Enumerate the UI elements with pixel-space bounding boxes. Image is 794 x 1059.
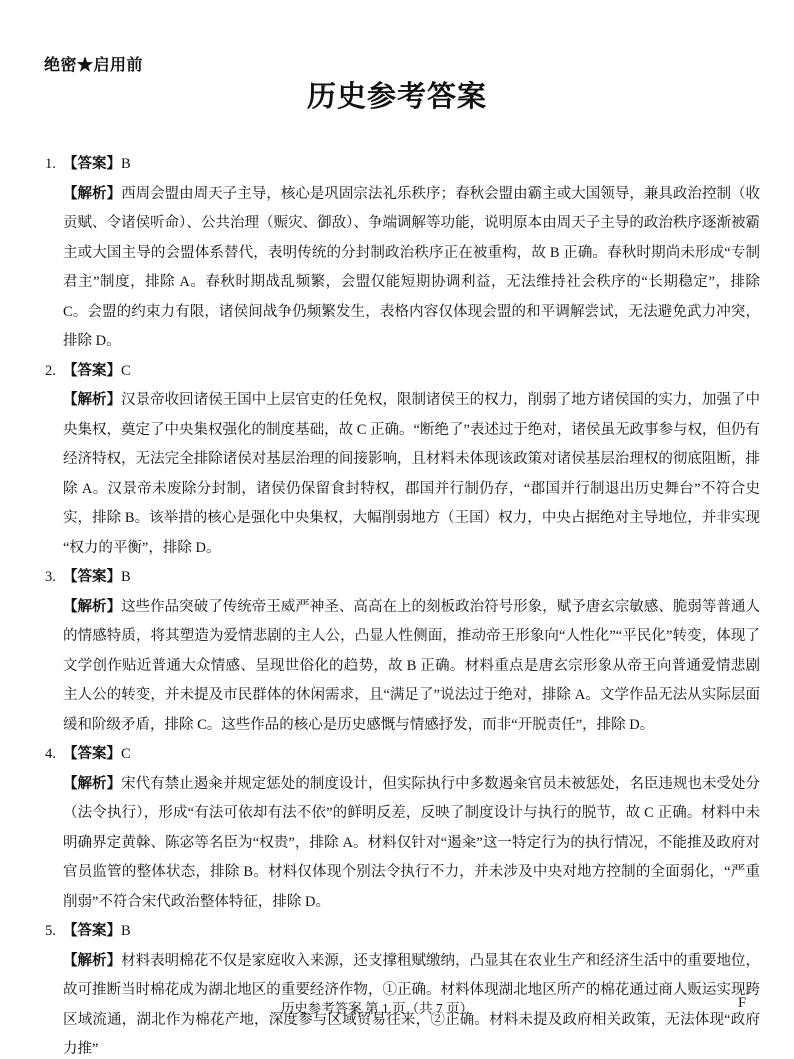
answer-label: 【答案】 bbox=[63, 746, 121, 762]
analysis-paragraph: 【解析】汉景帝收回诸侯王国中上层官吏的任免权，限制诸侯王的权力，削弱了地方诸侯国… bbox=[63, 386, 760, 563]
analysis-label: 【解析】 bbox=[63, 776, 121, 792]
answer-label: 【答案】 bbox=[63, 923, 121, 939]
answer-label: 【答案】 bbox=[63, 569, 121, 585]
answer-value: C bbox=[121, 363, 131, 379]
answer-label: 【答案】 bbox=[63, 363, 121, 379]
answer-value: B bbox=[121, 923, 131, 939]
analysis-label: 【解析】 bbox=[63, 953, 121, 969]
page-marker: F bbox=[738, 995, 746, 1012]
analysis-text: 西周会盟由周天子主导，核心是巩固宗法礼乐秩序；春秋会盟由霸主或大国领导，兼具政治… bbox=[63, 186, 760, 350]
answer-line: 【答案】C bbox=[63, 740, 760, 770]
analysis-text: 汉景帝收回诸侯王国中上层官吏的任免权，限制诸侯王的权力，削弱了地方诸侯国的实力，… bbox=[63, 392, 760, 556]
answer-value: C bbox=[121, 746, 131, 762]
answer-item-3: 3. 【答案】B 【解析】这些作品突破了传统帝王威严神圣、高高在上的刻板政治符号… bbox=[45, 563, 760, 740]
answer-line: 【答案】B bbox=[63, 150, 760, 180]
answer-item-4: 4. 【答案】C 【解析】宋代有禁止遏籴并规定惩处的制度设计，但实际执行中多数遏… bbox=[45, 740, 760, 917]
answer-value: B bbox=[121, 569, 131, 585]
question-number: 1. bbox=[45, 150, 56, 180]
page-title: 历史参考答案 bbox=[0, 74, 794, 115]
page-footer: 历史参考答案 第 1 页（共 7 页） bbox=[0, 997, 754, 1017]
analysis-text: 宋代有禁止遏籴并规定惩处的制度设计，但实际执行中多数遏籴官员未被惩处，名臣违规也… bbox=[63, 776, 760, 910]
analysis-label: 【解析】 bbox=[63, 186, 121, 202]
analysis-label: 【解析】 bbox=[63, 392, 121, 408]
answer-item-5: 5. 【答案】B 【解析】材料表明棉花不仅是家庭收入来源，还支撑租赋缴纳，凸显其… bbox=[45, 917, 760, 1059]
answer-line: 【答案】B bbox=[63, 563, 760, 593]
analysis-label: 【解析】 bbox=[63, 599, 121, 615]
answer-line: 【答案】B bbox=[63, 917, 760, 947]
question-number: 3. bbox=[45, 563, 56, 593]
analysis-paragraph: 【解析】宋代有禁止遏籴并规定惩处的制度设计，但实际执行中多数遏籴官员未被惩处，名… bbox=[63, 770, 760, 918]
analysis-text: 这些作品突破了传统帝王威严神圣、高高在上的刻板政治符号形象，赋予唐玄宗敏感、脆弱… bbox=[63, 599, 760, 733]
security-notice: 绝密★启用前 bbox=[44, 52, 143, 75]
answer-line: 【答案】C bbox=[63, 357, 760, 387]
answers-list: 1. 【答案】B 【解析】西周会盟由周天子主导，核心是巩固宗法礼乐秩序；春秋会盟… bbox=[45, 150, 760, 1059]
answer-value: B bbox=[121, 156, 131, 172]
answer-item-2: 2. 【答案】C 【解析】汉景帝收回诸侯王国中上层官吏的任免权，限制诸侯王的权力… bbox=[45, 357, 760, 564]
question-number: 5. bbox=[45, 917, 56, 947]
analysis-paragraph: 【解析】西周会盟由周天子主导，核心是巩固宗法礼乐秩序；春秋会盟由霸主或大国领导，… bbox=[63, 180, 760, 357]
answer-label: 【答案】 bbox=[63, 156, 121, 172]
question-number: 2. bbox=[45, 357, 56, 387]
answer-item-1: 1. 【答案】B 【解析】西周会盟由周天子主导，核心是巩固宗法礼乐秩序；春秋会盟… bbox=[45, 150, 760, 357]
exam-answer-page: { "header": { "security_notice": "绝密★启用前… bbox=[0, 0, 794, 1059]
question-number: 4. bbox=[45, 740, 56, 770]
analysis-paragraph: 【解析】这些作品突破了传统帝王威严神圣、高高在上的刻板政治符号形象，赋予唐玄宗敏… bbox=[63, 593, 760, 741]
